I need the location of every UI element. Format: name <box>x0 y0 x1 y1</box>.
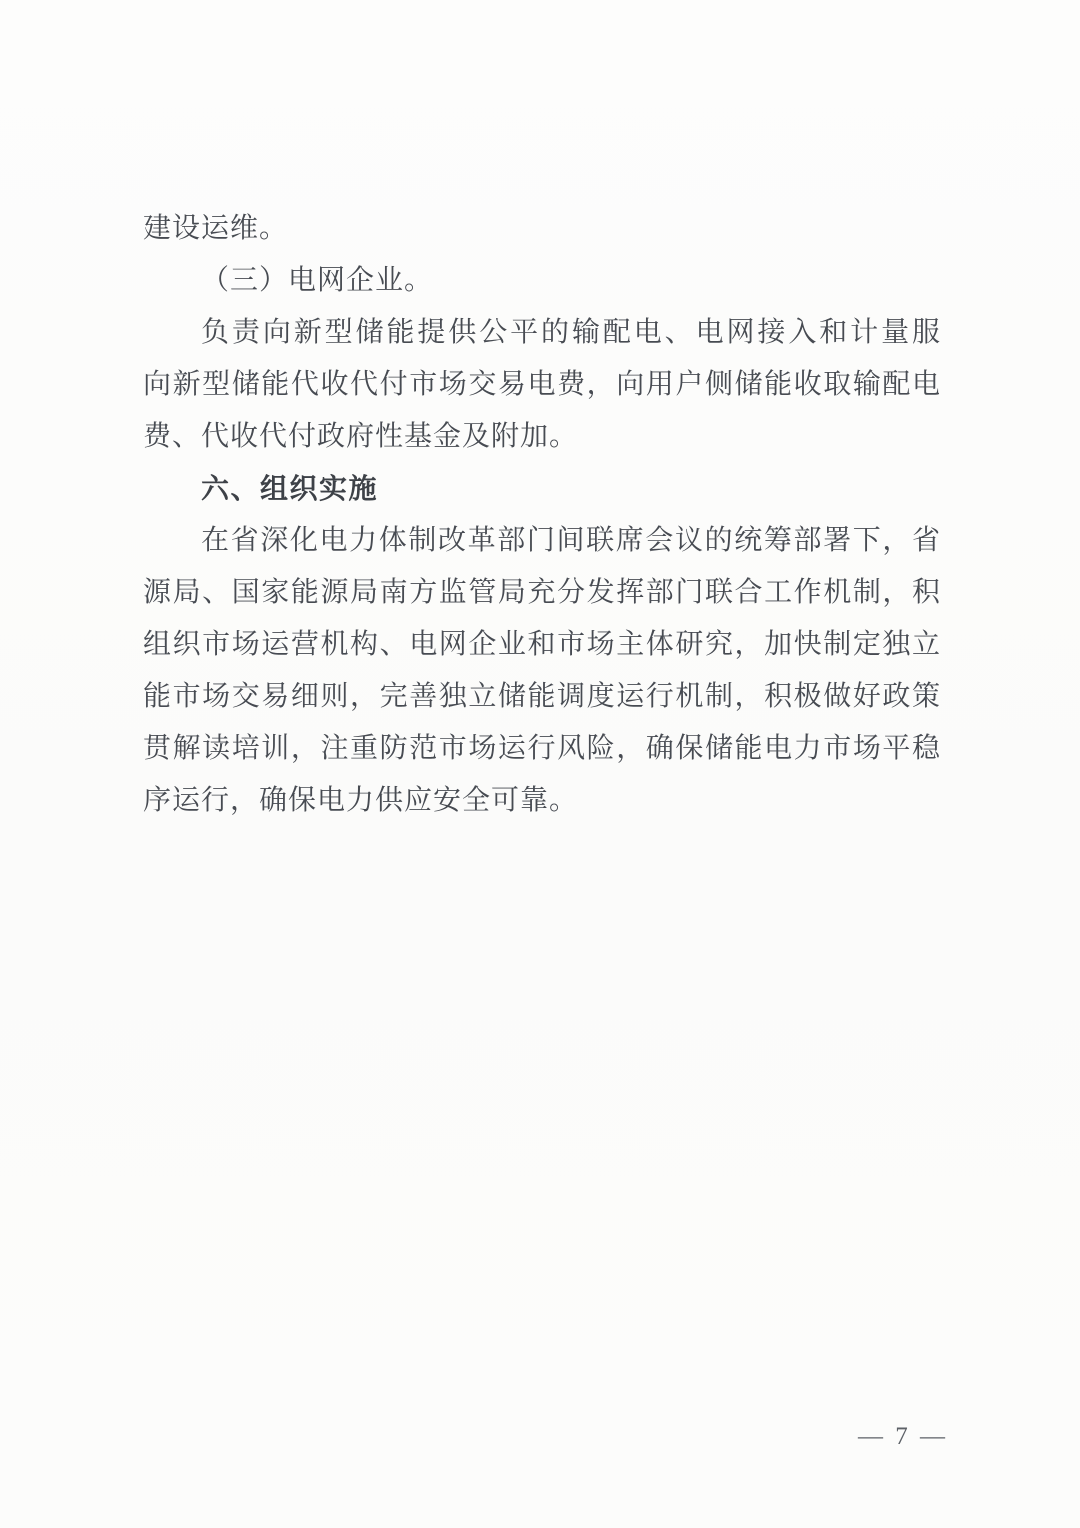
section-heading: 六、组织实施 <box>143 463 941 515</box>
text-line: 源局、国家能源局南方监管局充分发挥部门联合工作机制，积极 <box>143 567 941 619</box>
text-line: 建设运维。 <box>143 203 941 255</box>
document-body: 建设运维。（三）电网企业。负责向新型储能提供公平的输配电、电网接入和计量服务，向… <box>143 203 941 827</box>
text-line: 组织市场运营机构、电网企业和市场主体研究，加快制定独立储 <box>143 619 941 671</box>
text-line: （三）电网企业。 <box>143 255 941 307</box>
document-page: 建设运维。（三）电网企业。负责向新型储能提供公平的输配电、电网接入和计量服务，向… <box>0 0 1080 1528</box>
text-line: 负责向新型储能提供公平的输配电、电网接入和计量服务， <box>143 307 941 359</box>
page-number: — 7 — <box>858 1422 958 1452</box>
text-line: 向新型储能代收代付市场交易电费，向用户侧储能收取输配电 <box>143 359 941 411</box>
text-line: 能市场交易细则，完善独立储能调度运行机制，积极做好政策宣 <box>143 671 941 723</box>
text-line: 费、代收代付政府性基金及附加。 <box>143 411 941 463</box>
text-line: 序运行，确保电力供应安全可靠。 <box>143 775 941 827</box>
text-line: 贯解读培训，注重防范市场运行风险，确保储能电力市场平稳有 <box>143 723 941 775</box>
text-line: 在省深化电力体制改革部门间联席会议的统筹部署下，省能 <box>143 515 941 567</box>
